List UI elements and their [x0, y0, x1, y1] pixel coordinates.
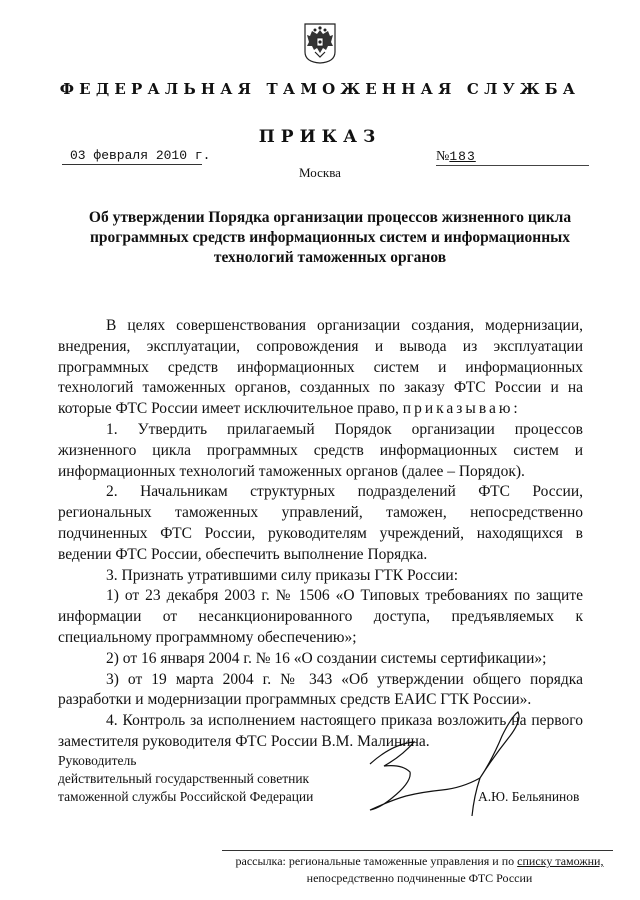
number-sign: №: [436, 149, 449, 164]
signer-name: А.Ю. Бельянинов: [478, 789, 579, 805]
revoked-order-1: 1) от 23 декабря 2003 г. № 1506 «О Типов…: [58, 586, 583, 648]
agency-name: ФЕДЕРАЛЬНАЯ ТАМОЖЕННАЯ СЛУЖБА: [0, 80, 640, 98]
coat-of-arms-icon: [303, 22, 337, 64]
document-city: Москва: [0, 165, 640, 181]
mailing-list-link: списку таможни,: [517, 854, 603, 868]
order-item-3: 3. Признать утратившими силу приказы ГТК…: [58, 566, 583, 587]
document-type: ПРИКАЗ: [0, 127, 640, 147]
position-line: действительный государственный советник: [58, 770, 313, 788]
order-word: приказываю:: [403, 400, 521, 417]
mailing-line-2: непосредственно подчиненные ФТС России: [222, 870, 617, 887]
order-item-2: 2. Начальникам структурных подразделений…: [58, 482, 583, 565]
signer-position: Руководитель действительный государствен…: [58, 752, 313, 806]
revoked-order-3: 3) от 19 марта 2004 г. № 343 «Об утвержд…: [58, 670, 583, 712]
title-line: технологий таможенных органов: [80, 248, 580, 268]
revoked-order-2: 2) от 16 января 2004 г. № 16 «О создании…: [58, 649, 583, 670]
title-line: программных средств информационных систе…: [80, 228, 580, 248]
order-item-1: 1. Утвердить прилагаемый Порядок организ…: [58, 420, 583, 482]
document-title: Об утверждении Порядка организации проце…: [80, 208, 580, 268]
title-line: Об утверждении Порядка организации проце…: [80, 208, 580, 228]
mailing-divider: [222, 850, 613, 851]
mailing-prefix: рассылка: региональные таможенные управл…: [236, 854, 518, 868]
mailing-line-1: рассылка: региональные таможенные управл…: [222, 853, 617, 870]
document-number-field: №183: [436, 148, 589, 166]
mailing-list: рассылка: региональные таможенные управл…: [222, 853, 617, 887]
document-number: 183: [449, 149, 475, 164]
document-body: В целях совершенствования организации со…: [58, 316, 583, 753]
position-line: таможенной службы Российской Федерации: [58, 788, 313, 806]
preamble-paragraph: В целях совершенствования организации со…: [58, 316, 583, 420]
document-date: 03 февраля 2010 г.: [62, 148, 202, 165]
position-line: Руководитель: [58, 752, 313, 770]
